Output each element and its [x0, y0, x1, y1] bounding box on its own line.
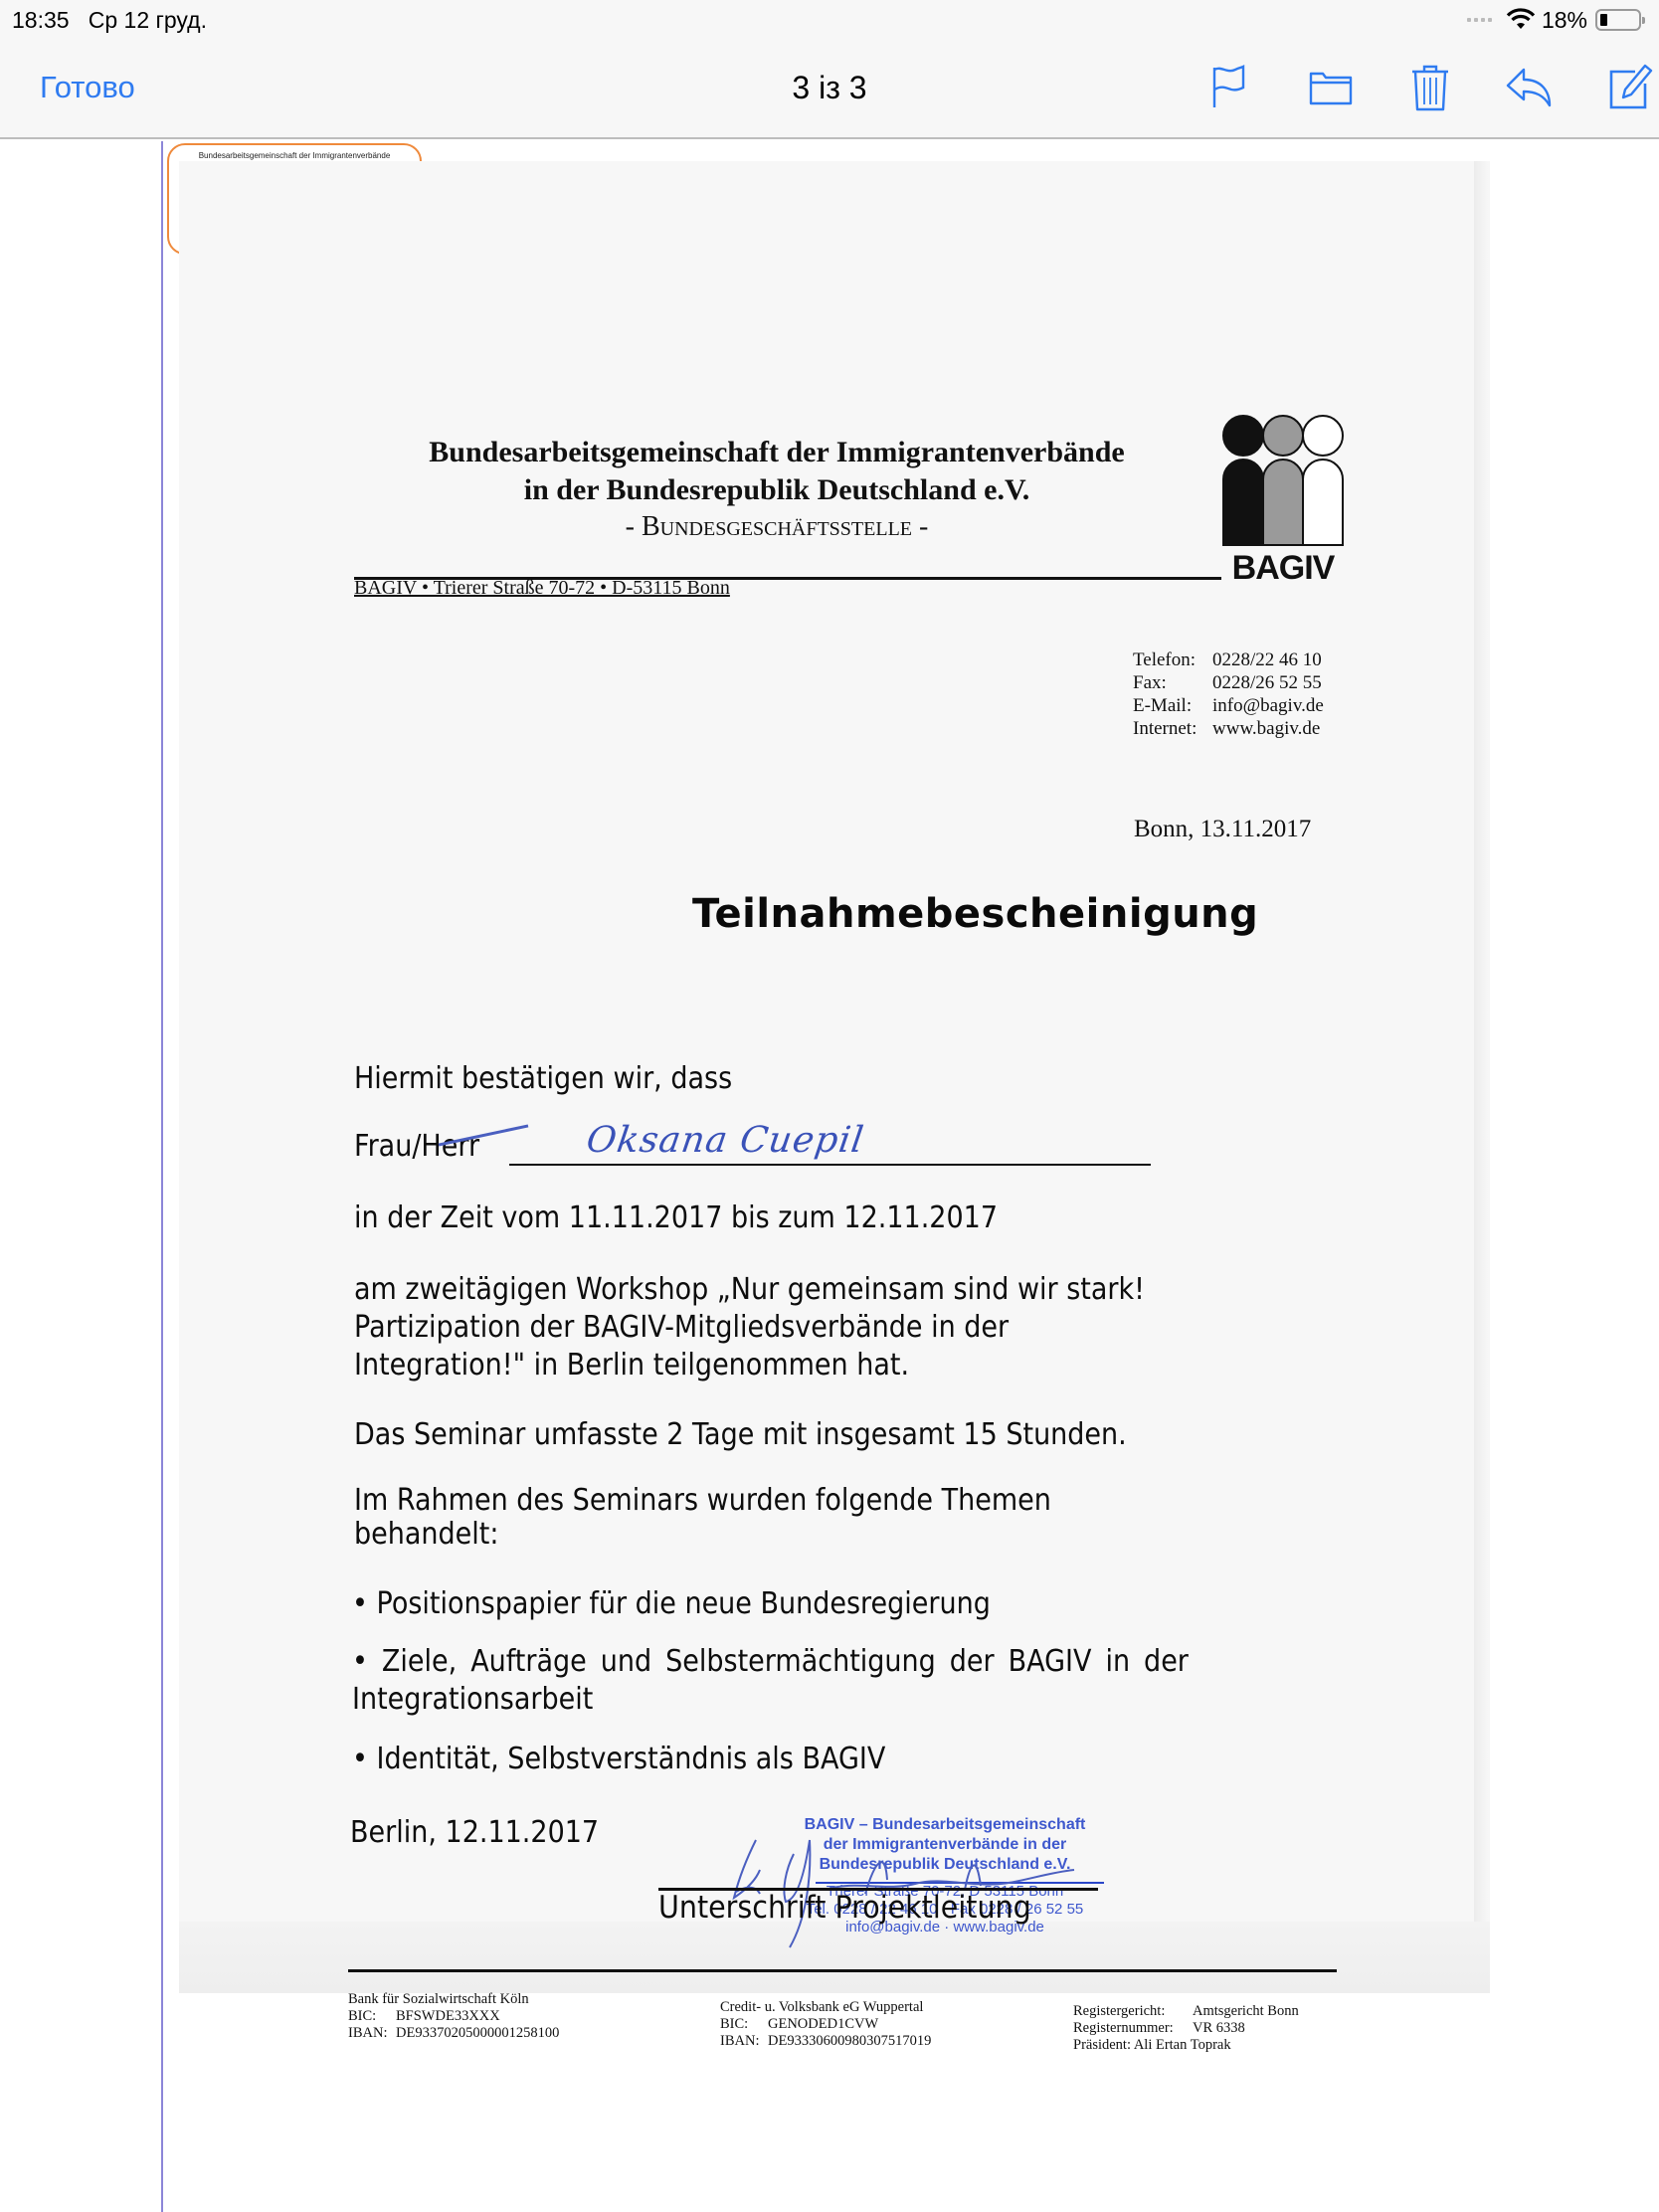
- trash-icon: [1400, 58, 1460, 117]
- reply-button[interactable]: [1500, 58, 1560, 117]
- iban-label: IBAN:: [720, 2033, 768, 2050]
- contact-phone: Telefon:0228/22 46 10: [1133, 648, 1324, 671]
- workshop-line-2: Partizipation der BAGIV-Mitgliedsverbänd…: [354, 1309, 1009, 1347]
- contact-web: Internet:www.bagiv.de: [1133, 717, 1324, 740]
- org-name-line2: in der Bundesrepublik Deutschland e.V.: [394, 471, 1160, 509]
- register-court: Amtsgericht Bonn: [1193, 2003, 1299, 2020]
- flag-button[interactable]: [1201, 58, 1261, 117]
- bank-name: Credit- u. Volksbank eG Wuppertal: [720, 1999, 931, 2016]
- folder-icon: [1301, 58, 1361, 117]
- topics-intro-line-2: behandelt:: [354, 1516, 498, 1554]
- move-to-folder-button[interactable]: [1301, 58, 1361, 117]
- issue-place-date: Bonn, 13.11.2017: [1134, 816, 1311, 843]
- handwritten-signature: [716, 1820, 1094, 1949]
- footer-bank-2: Credit- u. Volksbank eG Wuppertal BIC:GE…: [720, 1999, 931, 2050]
- quote-margin-line: [161, 141, 163, 2212]
- battery-percent: 18%: [1542, 7, 1587, 34]
- status-indicators: 18%: [1467, 6, 1641, 34]
- document-title: Teilnahmebescheinigung: [692, 891, 1258, 937]
- org-name: Bundesarbeitsgemeinschaft der Immigrante…: [394, 434, 1160, 509]
- contact-value: 0228/22 46 10: [1212, 648, 1322, 671]
- contact-label: Telefon:: [1133, 648, 1212, 671]
- contact-value: www.bagiv.de: [1212, 717, 1320, 740]
- footer-bank-1: Bank für Sozialwirtschaft Köln BIC:BFSWD…: [348, 1991, 559, 2042]
- footer-register: Registergericht:Amtsgericht Bonn Registe…: [1073, 2003, 1299, 2054]
- bic-value: GENODED1CVW: [768, 2016, 878, 2033]
- register-court-label: Registergericht:: [1073, 2003, 1193, 2020]
- contact-block: Telefon:0228/22 46 10 Fax:0228/26 52 55 …: [1133, 648, 1324, 740]
- bic-label: BIC:: [348, 2008, 396, 2025]
- register-number: VR 6338: [1193, 2020, 1245, 2037]
- contact-label: Internet:: [1133, 717, 1212, 740]
- org-subtitle: - Bundesgeschäftsstelle -: [394, 511, 1160, 543]
- compose-icon: [1599, 58, 1659, 117]
- delete-button[interactable]: [1400, 58, 1460, 117]
- bagiv-logo-icon: [1221, 414, 1345, 547]
- president: Präsident: Ali Ertan Toprak: [1073, 2037, 1299, 2054]
- topic-item-continuation: Integrationsarbeit: [352, 1681, 593, 1719]
- paper-edge: [1474, 161, 1488, 1993]
- signature-label: Unterschrift Projektleitung: [658, 1890, 1031, 1926]
- topic-item: • Positionspapier für die neue Bundesreg…: [352, 1585, 991, 1623]
- workshop-line-1: am zweitägigen Workshop „Nur gemeinsam s…: [354, 1271, 1145, 1309]
- sender-address: BAGIV • Trierer Straße 70-72 • D-53115 B…: [354, 577, 730, 600]
- salutation-label: Frau/Herr: [354, 1128, 479, 1166]
- mail-toolbar: Готово 3 із 3: [0, 40, 1659, 139]
- status-date: Ср 12 груд.: [89, 7, 207, 33]
- iban-value: DE93370205000001258100: [396, 2025, 559, 2042]
- contact-email: E-Mail:info@bagiv.de: [1133, 694, 1324, 717]
- bank-name: Bank für Sozialwirtschaft Köln: [348, 1991, 559, 2008]
- done-button[interactable]: Готово: [40, 70, 135, 105]
- footer-rule: [348, 1969, 1337, 1972]
- topic-item: • Identität, Selbstverständnis als BAGIV: [352, 1741, 885, 1778]
- status-time-date: 18:35 Ср 12 груд.: [12, 7, 207, 34]
- contact-value: 0228/26 52 55: [1212, 671, 1322, 694]
- flag-icon: [1201, 58, 1261, 117]
- contact-label: Fax:: [1133, 671, 1212, 694]
- battery-level: [1600, 14, 1607, 26]
- wifi-icon: [1506, 8, 1536, 32]
- contact-label: E-Mail:: [1133, 694, 1212, 717]
- bic-value: BFSWDE33XXX: [396, 2008, 500, 2025]
- status-bar: 18:35 Ср 12 груд. 18%: [0, 0, 1659, 40]
- period-text: in der Zeit vom 11.11.2017 bis zum 12.11…: [354, 1199, 998, 1237]
- intro-text: Hiermit bestätigen wir, dass: [354, 1060, 732, 1098]
- topics-intro-line-1: Im Rahmen des Seminars wurden folgende T…: [354, 1482, 1051, 1520]
- topic-item: • Ziele, Aufträge und Selbstermächtigung…: [352, 1643, 1355, 1681]
- signing-place-date: Berlin, 12.11.2017: [350, 1814, 599, 1852]
- bic-label: BIC:: [720, 2016, 768, 2033]
- participant-name-handwritten: Oksana Cuepil: [584, 1120, 866, 1161]
- org-name-line1: Bundesarbeitsgemeinschaft der Immigrante…: [394, 434, 1160, 471]
- status-time: 18:35: [12, 7, 70, 33]
- battery-icon: [1595, 9, 1641, 31]
- compose-button[interactable]: [1599, 58, 1659, 117]
- card-org-line1: Bundesarbeitsgemeinschaft der Immigrante…: [179, 151, 410, 161]
- workshop-line-3: Integration!" in Berlin teilgenommen hat…: [354, 1347, 909, 1384]
- name-blank-line: [509, 1164, 1151, 1166]
- iban-value: DE93330600980307517019: [768, 2033, 931, 2050]
- contact-value: info@bagiv.de: [1212, 694, 1324, 717]
- iban-label: IBAN:: [348, 2025, 396, 2042]
- reply-icon: [1500, 58, 1560, 117]
- contact-fax: Fax:0228/26 52 55: [1133, 671, 1324, 694]
- register-number-label: Registernummer:: [1073, 2020, 1193, 2037]
- duration-text: Das Seminar umfasste 2 Tage mit insgesam…: [354, 1416, 1127, 1454]
- bagiv-logo-text: BAGIV: [1221, 549, 1345, 588]
- cellular-signal-icon: [1467, 18, 1492, 22]
